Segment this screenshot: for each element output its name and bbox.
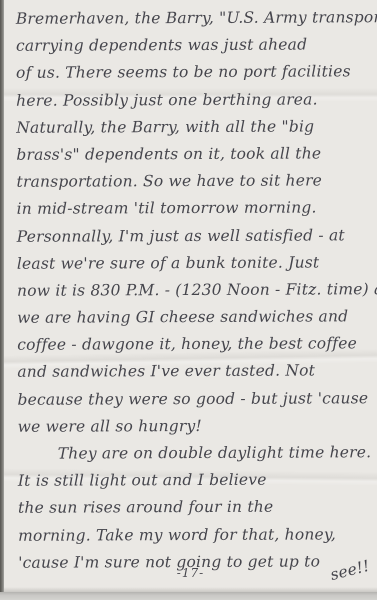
letter-line-text: morning. Take my word for that, honey,	[18, 525, 336, 544]
letter-line-text: in mid-stream 'til tomorrow morning.	[17, 199, 317, 218]
letter-line: They are on double daylight time here.	[18, 439, 374, 468]
letter-line: morning. Take my word for that, honey,	[18, 521, 374, 550]
letter-line-text: we are having GI cheese sandwiches and	[17, 307, 348, 326]
letter-line: coffee - dawgone it, honey, the best cof…	[17, 330, 373, 359]
letter-line-text: Naturally, the Barry, with all the "big	[16, 117, 314, 136]
letter-line: Personnally, I'm just as well satisfied …	[17, 222, 373, 251]
letter-line-text: here. Possibly just one berthing area.	[16, 90, 318, 109]
letter-line: we were all so hungry!	[18, 412, 374, 441]
letter-line-text: and sandwiches I've ever tasted. Not	[17, 362, 315, 381]
letter-line-text: carrying dependents was just ahead	[16, 36, 307, 55]
letter-line-text: now it is 830 P.M. - (1230 Noon - Fitz. …	[17, 280, 377, 300]
letter-line-text: Bremerhaven, the Barry, "U.S. Army trans…	[16, 8, 377, 28]
letter-line: and sandwiches I've ever tasted. Not	[17, 358, 373, 387]
letter-line: Naturally, the Barry, with all the "big	[16, 113, 372, 142]
letter-paper: Bremerhaven, the Barry, "U.S. Army trans…	[4, 0, 377, 592]
page-number: -17-	[4, 566, 377, 580]
scan-bottom-edge	[0, 592, 377, 600]
letter-line-text: the sun rises around four in the	[18, 498, 273, 517]
letter-line-text: brass's" dependents on it, took all the	[16, 144, 321, 163]
letter-line: least we're sure of a bunk tonite. Just	[17, 249, 373, 278]
letter-line: because they were so good - but just 'ca…	[17, 385, 373, 414]
letter-line: of us. There seems to be no port facilit…	[16, 59, 372, 88]
letter-line-text: They are on double daylight time here.	[58, 443, 372, 462]
letter-line-text: because they were so good - but just 'ca…	[17, 389, 368, 409]
letter-line: Bremerhaven, the Barry, "U.S. Army trans…	[16, 4, 372, 33]
letter-line: It is still light out and I believe	[18, 466, 374, 495]
scan-left-edge	[0, 0, 4, 600]
letter-line-text: transportation. So we have to sit here	[16, 172, 322, 191]
letter-line-text: Personnally, I'm just as well satisfied …	[17, 226, 345, 245]
letter-line-text: we were all so hungry!	[18, 417, 202, 436]
letter-line-text: It is still light out and I believe	[18, 471, 267, 490]
letter-line: here. Possibly just one berthing area.	[16, 86, 372, 115]
letter-line-text: least we're sure of a bunk tonite. Just	[17, 253, 320, 272]
letter-line: in mid-stream 'til tomorrow morning.	[17, 195, 373, 224]
letter-line: we are having GI cheese sandwiches and	[17, 303, 373, 332]
scanned-letter-page: Bremerhaven, the Barry, "U.S. Army trans…	[0, 0, 377, 600]
letter-lines: Bremerhaven, the Barry, "U.S. Army trans…	[16, 4, 375, 583]
letter-line: transportation. So we have to sit here	[16, 167, 372, 196]
letter-line: now it is 830 P.M. - (1230 Noon - Fitz. …	[17, 276, 373, 305]
letter-line: carrying dependents was just ahead	[16, 31, 372, 60]
letter-line: brass's" dependents on it, took all the	[16, 140, 372, 169]
letter-line-text: of us. There seems to be no port facilit…	[16, 63, 351, 82]
letter-line: the sun rises around four in the	[18, 494, 374, 523]
letter-line-text: coffee - dawgone it, honey, the best cof…	[17, 335, 357, 354]
